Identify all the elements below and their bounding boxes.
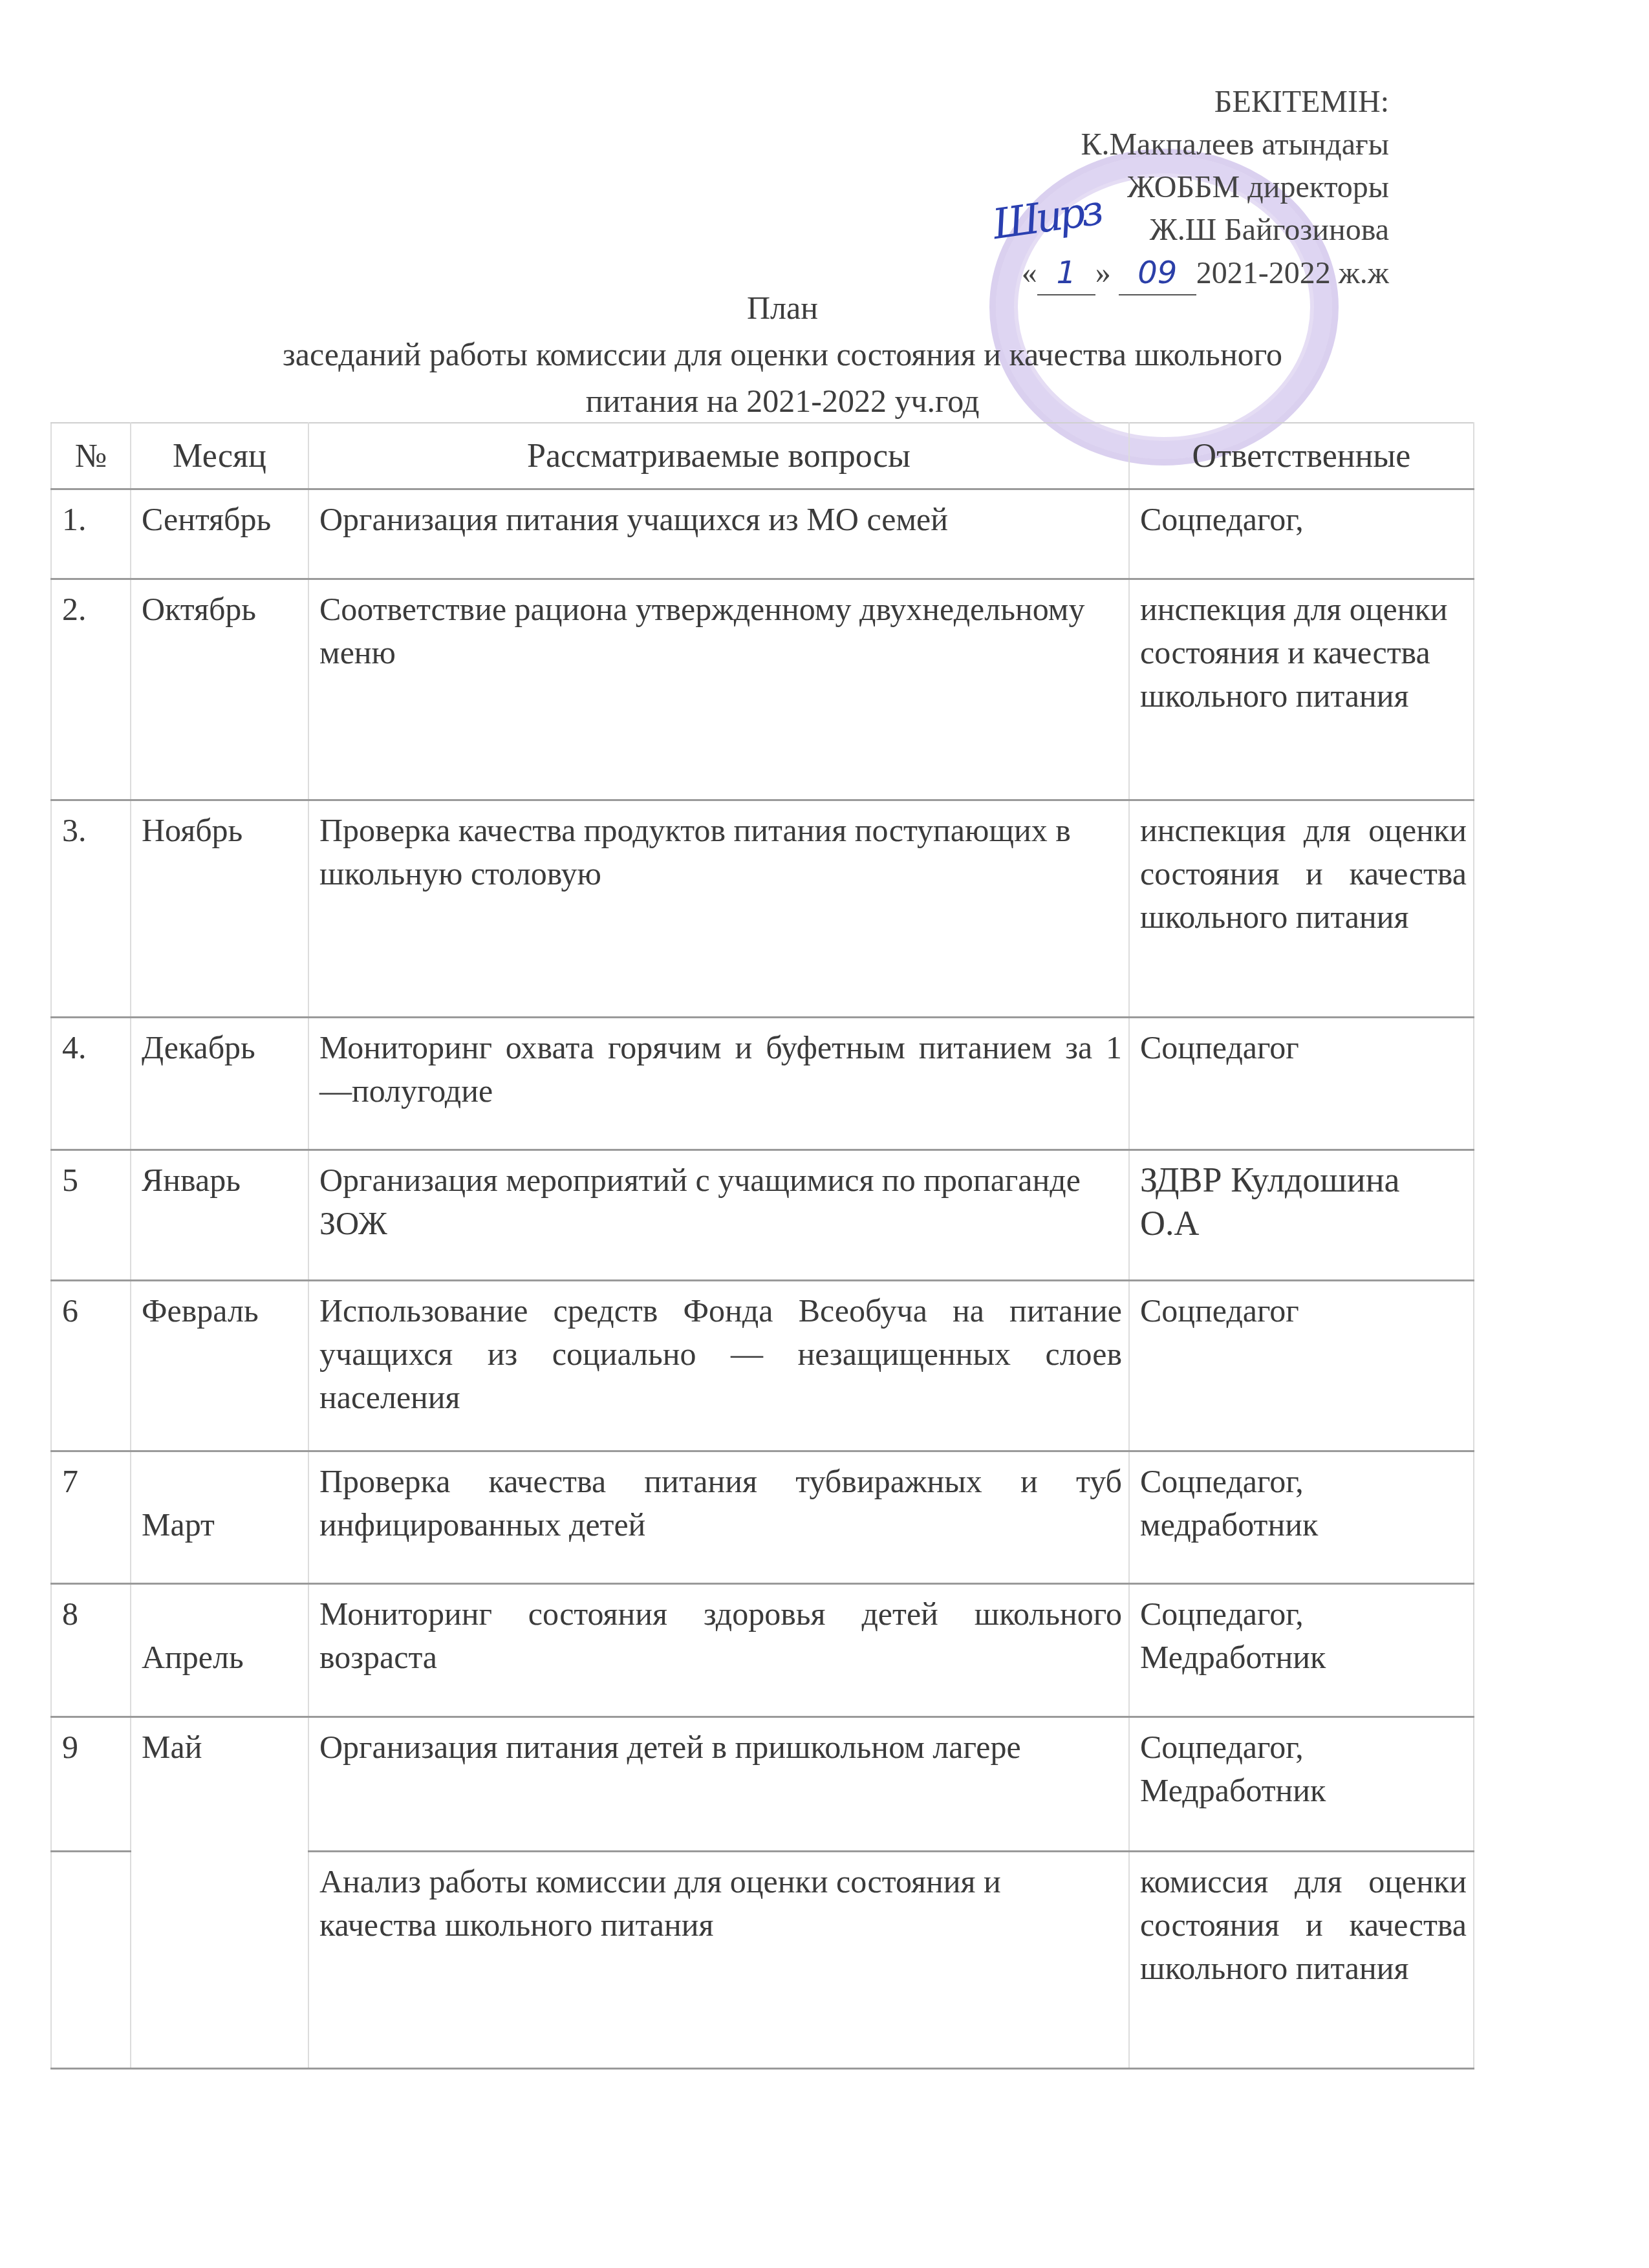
title-line-1: План [129,284,1436,331]
row-month [131,1852,308,2069]
row-month: Май [131,1717,308,1852]
row-responsible: Соцпедагог, [1129,489,1474,579]
row-number: 2. [51,579,131,800]
title-line-3: питания на 2021-2022 уч.год [129,378,1436,424]
row-responsible: инспекция для оценки состояния и качеств… [1129,800,1474,1018]
row-number [51,1852,131,2069]
row-topic: Мониторинг состояния здоровья детей школ… [308,1584,1129,1717]
plan-table: № Месяц Рассматриваемые вопросы Ответств… [50,422,1474,2070]
approval-block: БЕКІТЕМІН: К.Макпалеев атындағы ЖОББМ ди… [1022,81,1389,295]
table-row: 6 Февраль Использование средств Фонда Вс… [51,1281,1474,1451]
row-responsible: Соцпедагог [1129,1281,1474,1451]
row-number: 9 [51,1717,131,1852]
row-month: Февраль [131,1281,308,1451]
row-responsible: Соцпедагог, Медработник [1129,1584,1474,1717]
table-row: 2. Октябрь Соответствие рациона утвержде… [51,579,1474,800]
table-row: 9 Май Организация питания детей в пришко… [51,1717,1474,1852]
row-topic: Организация мероприятий с учащимися по п… [308,1150,1129,1281]
table-row: 3. Ноябрь Проверка качества продуктов пи… [51,800,1474,1018]
table-row: 5 Январь Организация мероприятий с учащи… [51,1150,1474,1281]
approval-position: ЖОББМ директоры [1022,166,1389,209]
row-number: 7 [51,1451,131,1584]
row-responsible: Соцпедагог [1129,1018,1474,1150]
row-number: 1. [51,489,131,579]
row-topic: Использование средств Фонда Всеобуча на … [308,1281,1129,1451]
table-row: 7 Март Проверка качества питания тубвира… [51,1451,1474,1584]
approval-heading: БЕКІТЕМІН: [1022,81,1389,123]
table-row: Анализ работы комиссии для оценки состоя… [51,1852,1474,2069]
row-responsible: ЗДВР Кулдошина О.А [1129,1150,1474,1281]
row-topic: Соответствие рациона утвержденному двухн… [308,579,1129,800]
table-header-row: № Месяц Рассматриваемые вопросы Ответств… [51,423,1474,489]
row-topic: Анализ работы комиссии для оценки состоя… [308,1852,1129,2069]
row-responsible: комиссия для оценки состояния и качества… [1129,1852,1474,2069]
row-month: Апрель [131,1584,308,1717]
table-row: 8 Апрель Мониторинг состояния здоровья д… [51,1584,1474,1717]
row-number: 5 [51,1150,131,1281]
table-row: 1. Сентябрь Организация питания учащихся… [51,489,1474,579]
row-month: Январь [131,1150,308,1281]
row-number: 4. [51,1018,131,1150]
row-topic: Проверка качества питания тубвиражных и … [308,1451,1129,1584]
header-number: № [51,423,131,489]
header-month: Месяц [131,423,308,489]
row-responsible: инспекция для оценки состояния и качеств… [1129,579,1474,800]
row-topic: Организация питания детей в пришкольном … [308,1717,1129,1852]
row-month: Сентябрь [131,489,308,579]
row-topic: Проверка качества продуктов питания пост… [308,800,1129,1018]
row-month: Ноябрь [131,800,308,1018]
row-number: 6 [51,1281,131,1451]
row-month: Декабрь [131,1018,308,1150]
row-responsible: Соцпедагог, Медработник [1129,1717,1474,1852]
header-topic: Рассматриваемые вопросы [308,423,1129,489]
table-row: 4. Декабрь Мониторинг охвата горячим и б… [51,1018,1474,1150]
approval-director-name: Ж.Ш Байгозинова [1022,209,1389,251]
row-topic: Мониторинг охвата горячим и буфетным пит… [308,1018,1129,1150]
title-line-2: заседаний работы комиссии для оценки сос… [129,331,1436,378]
row-month: Март [131,1451,308,1584]
row-topic: Организация питания учащихся из МО семей [308,489,1129,579]
row-month: Октябрь [131,579,308,800]
document-title: План заседаний работы комиссии для оценк… [129,284,1436,424]
approval-school: К.Макпалеев атындағы [1022,123,1389,166]
row-number: 3. [51,800,131,1018]
row-responsible: Соцпедагог, медработник [1129,1451,1474,1584]
header-responsible: Ответственные [1129,423,1474,489]
row-number: 8 [51,1584,131,1717]
